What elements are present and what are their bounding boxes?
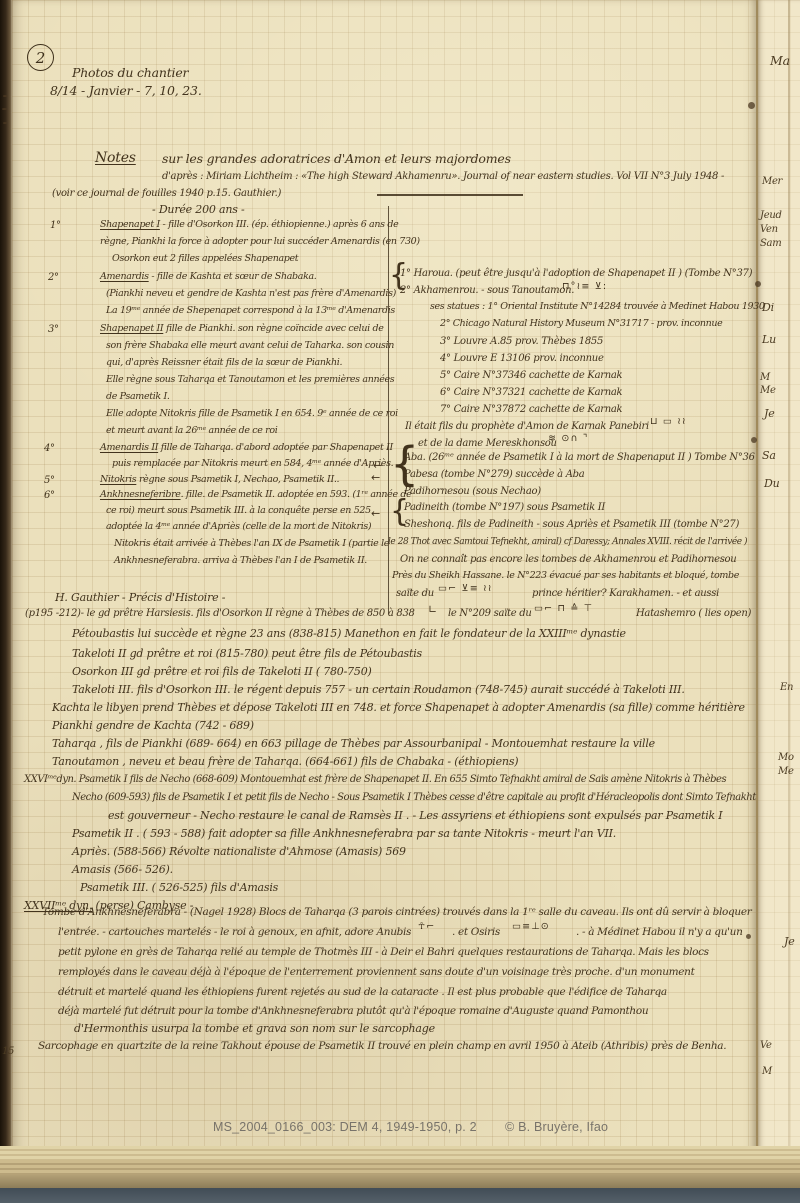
handwritten-line: Shapenapet II fille de Piankhi. son règn… — [100, 324, 383, 335]
handwritten-line: Il était fils du prophète d'Amon de Karn… — [405, 421, 649, 433]
edge-text-fragment: Du — [764, 478, 780, 491]
handwritten-line: Padihornesou (sous Nechao) — [404, 486, 541, 498]
handwritten-line: 5° — [44, 475, 55, 487]
table-background — [0, 1188, 800, 1203]
handwritten-line: 3° Louvre A.85 prov. Thèbes 1855 — [440, 336, 603, 348]
handwritten-line: Osorkon eut 2 filles appelées Shapenapet — [112, 254, 298, 265]
handwritten-line: (Piankhi neveu et gendre de Kashta n'est… — [106, 289, 396, 300]
handwritten-line: ▭⌐ ⊻≡ ≀≀ — [438, 584, 493, 595]
handwritten-line: l'entrée. - cartouches martelés - le roi… — [58, 926, 411, 938]
handwritten-line: et meurt avant la 26ᵐᵉ année de ce roi — [106, 426, 277, 437]
handwritten-line: Pétoubastis lui succède et règne 23 ans … — [72, 628, 626, 641]
handwritten-line: Piankhi gendre de Kachta (742 - 689) — [52, 720, 254, 733]
handwritten-line: ▭⌐ ⊓ ≙ ⊤ — [534, 604, 593, 615]
edge-text-fragment: Di — [762, 302, 774, 315]
edge-text-fragment: Me — [778, 766, 794, 778]
ink-rule — [377, 194, 523, 196]
edge-text-fragment: Mer — [762, 176, 782, 188]
handwritten-line: ← — [373, 460, 382, 473]
page-number-badge: 2 — [27, 44, 54, 71]
handwritten-line: Nitokris règne sous Psametik I, Nechao, … — [100, 475, 339, 486]
handwritten-line: 2° Akhamenrou. - sous Tanoutamon. — [400, 285, 574, 297]
handwritten-line: Elle adopte Nitokris fille de Psametik I… — [106, 409, 398, 420]
paper-stain — [755, 281, 761, 287]
handwritten-line: ≋ ⊙∩ ⌝ — [548, 434, 589, 445]
handwritten-line: Près du Sheikh Hassane. le N°223 évacué … — [392, 571, 739, 582]
handwritten-line: La 19ᵐᵉ année de Shepenapet correspond à… — [106, 306, 395, 317]
handwritten-line: 5° Caire N°37346 cachette de Karnak — [440, 370, 622, 382]
handwritten-line: ce roi) meurt sous Psametik III. à la co… — [106, 506, 371, 517]
handwritten-line: Elle règne sous Taharqa et Tanoutamon et… — [106, 375, 394, 386]
handwritten-line: le N°209 saïte du — [448, 608, 531, 620]
handwritten-line: 8/14 - Janvier - 7, 10, 23. — [50, 84, 202, 98]
edge-text-fragment: Je — [784, 936, 795, 949]
edge-text-fragment: M — [760, 372, 770, 384]
paper-stain — [751, 437, 757, 443]
paper-stain — [3, 95, 7, 97]
handwritten-line: Shapenapet I - fille d'Osorkon III. (ép.… — [100, 220, 398, 231]
handwritten-line: . - à Médinet Habou il n'y a qu'un — [576, 926, 743, 938]
edge-text-fragment: En — [780, 682, 793, 694]
handwritten-line: Takeloti III. fils d'Osorkon III. le rég… — [72, 684, 685, 697]
handwritten-line: (p195 -212)- le gd prêtre Harsiesis. fil… — [25, 608, 415, 620]
edge-text-fragment: Jeud — [760, 210, 782, 222]
handwritten-line: . et Osiris — [452, 926, 500, 938]
edge-text-fragment: Ma — [770, 54, 790, 68]
handwritten-line: d'après : Miriam Lichtheim : «The high S… — [162, 171, 724, 183]
edge-text-fragment: M — [762, 1066, 772, 1078]
edge-text-fragment: Sam — [760, 238, 781, 250]
book-cover-edge — [0, 1175, 800, 1188]
scanned-notebook-page: 2 MS_2004_0166_003: DEM 4, 1949-1950, p.… — [0, 0, 800, 1203]
handwritten-line: Amenardis - fille de Kashta et sœur de S… — [100, 272, 316, 283]
handwritten-line: Sarcophage en quartzite de la reine Takh… — [38, 1040, 726, 1052]
handwriting-layer: 2 MS_2004_0166_003: DEM 4, 1949-1950, p.… — [0, 0, 800, 1203]
handwritten-line: ⊓°≀≡ ⊻: — [562, 282, 607, 293]
page-number: 2 — [36, 49, 46, 67]
handwritten-line: Takeloti II gd prêtre et roi (815-780) p… — [72, 648, 422, 661]
handwritten-line: d'Hermonthis usurpa la tombe et grava so… — [74, 1023, 435, 1036]
handwritten-line: son frère Shabaka elle meurt avant celui… — [106, 341, 394, 352]
handwritten-line: ☥⌐ — [418, 922, 435, 933]
handwritten-line: Notes — [95, 150, 136, 166]
handwritten-line: adoptée la 4ᵐᵉ année d'Apriès (celle de … — [106, 522, 371, 533]
handwritten-line: Padineith (tombe N°197) sous Psametik II — [404, 502, 605, 514]
handwritten-line: 1° Haroua. (peut être jusqu'à l'adoption… — [400, 268, 752, 280]
handwritten-line: 4° Louvre E 13106 prov. inconnue — [440, 353, 604, 365]
handwritten-line: Psametik II . ( 593 - 588) fait adopter … — [72, 828, 616, 841]
paper-stain — [2, 108, 7, 110]
handwritten-line: Necho (609-593) fils de Psametik I et pe… — [72, 792, 756, 804]
page-edges-stack — [0, 1160, 800, 1175]
edge-text-fragment: 15 — [2, 1046, 14, 1058]
edge-text-fragment: Lu — [762, 334, 776, 347]
handwritten-line: Pabesa (tombe N°279) succède à Aba — [404, 469, 584, 481]
handwritten-line: ← — [371, 508, 380, 521]
archive-caption: MS_2004_0166_003: DEM 4, 1949-1950, p. 2 — [213, 1120, 477, 1134]
handwritten-line: ses statues : 1° Oriental Institute N°14… — [430, 302, 765, 313]
page-edges-stack — [0, 1146, 800, 1160]
handwritten-line: Tanoutamon , neveu et beau frère de Taha… — [52, 756, 518, 769]
handwritten-line: est gouverneur - Necho restaure le canal… — [108, 810, 722, 823]
handwritten-line: et de la dame Mereskhonsou — [418, 438, 557, 450]
handwritten-line: qui, d'après Reissner était fils de la s… — [106, 358, 342, 369]
handwritten-line: 3° — [48, 324, 59, 336]
handwritten-line: 4° — [44, 443, 55, 455]
handwritten-line: règne, Piankhi la force à adopter pour l… — [100, 237, 420, 248]
handwritten-line: saïte du — [396, 588, 434, 600]
handwritten-line: Taharqa , fils de Piankhi (689- 664) en … — [52, 738, 655, 751]
copyright-caption: © B. Bruyère, Ifao — [505, 1120, 608, 1134]
edge-text-fragment: Mo — [778, 752, 794, 764]
handwritten-line: Hatashemro ( lies open) — [636, 608, 751, 620]
paper-stain — [748, 102, 755, 109]
handwritten-line: de Psametik I. — [106, 392, 170, 403]
handwritten-line: remployés dans le caveau déjà à l'époque… — [58, 966, 694, 978]
edge-text-fragment: Ve — [760, 1040, 772, 1052]
handwritten-line: Psametik III. ( 526-525) fils d'Amasis — [80, 882, 278, 895]
paper-stain — [746, 934, 751, 939]
edge-text-fragment: Je — [764, 408, 775, 421]
handwritten-line: 6° — [44, 490, 55, 502]
handwritten-line: le 28 Thot avec Samtoui Tefnekht, amiral… — [388, 537, 747, 547]
handwritten-line: ∟ — [428, 604, 437, 617]
handwritten-line: prince héritier? Karakhamen. - et aussi — [532, 588, 719, 600]
handwritten-line: 7° Caire N°37872 cachette de Karnak — [440, 404, 622, 416]
handwritten-line: Osorkon III gd prêtre et roi fils de Tak… — [72, 666, 372, 679]
handwritten-line: petit pylone en grès de Taharqa relié au… — [58, 946, 709, 958]
handwritten-line: (voir ce journal de fouilles 1940 p.15. … — [52, 188, 281, 200]
paper-stain — [3, 122, 7, 124]
handwritten-line: Ankhnesneferibre. fille. de Psametik II.… — [100, 490, 411, 501]
handwritten-line: On ne connaît pas encore les tombes de A… — [400, 554, 736, 566]
handwritten-line: déjà martelé fut détruit pour la tombe d… — [58, 1005, 648, 1017]
handwritten-line: Apriès. (588-566) Révolte nationaliste d… — [72, 846, 406, 859]
edge-text-fragment: Ven — [760, 224, 778, 236]
handwritten-line: 6° Caire N°37321 cachette de Karnak — [440, 387, 622, 399]
handwritten-line: - Durée 200 ans - — [152, 204, 245, 217]
handwritten-line: 1° — [50, 220, 61, 232]
handwritten-line: sur les grandes adoratrices d'Amon et le… — [162, 152, 511, 166]
handwritten-line: Tombe d'Ankhnesneferabra - (Nagel 1928) … — [42, 906, 751, 918]
handwritten-line: 2° Chicago Natural History Museum N°3171… — [440, 319, 722, 330]
handwritten-line: ⊔ ▭ ≀≀ — [650, 417, 687, 428]
handwritten-line: ▭≡⊥⊙ — [512, 922, 550, 933]
handwritten-line: Amasis (566- 526). — [72, 864, 173, 877]
edge-text-fragment: Sa — [762, 450, 776, 463]
handwritten-line: Amenardis II fille de Taharqa. d'abord a… — [100, 443, 393, 454]
handwritten-line: Aba. (26ᵐᵉ année de Psametik I à la mort… — [404, 452, 755, 464]
handwritten-line: Photos du chantier — [72, 66, 188, 80]
handwritten-line: Ankhnesneferabra. arriva à Thèbes l'an I… — [114, 556, 367, 567]
handwritten-line: XXVIᵐᵉdyn. Psametik I fils de Necho (668… — [24, 774, 726, 786]
handwritten-line: ← — [371, 472, 380, 485]
handwritten-line: détruit et martelé quand les éthiopiens … — [58, 986, 667, 998]
handwritten-line: Kachta le libyen prend Thèbes et dépose … — [52, 702, 745, 715]
handwritten-line: Sheshonq. fils de Padineith - sous Apriè… — [404, 519, 739, 531]
handwritten-line: Nitokris était arrivée à Thèbes l'an IX … — [114, 539, 389, 550]
handwritten-line: 2° — [48, 272, 59, 284]
handwritten-line: H. Gauthier - Précis d'Histoire - — [55, 592, 225, 605]
handwritten-line: puis remplacée par Nitokris meurt en 584… — [112, 459, 393, 470]
edge-text-fragment: Me — [760, 385, 776, 397]
